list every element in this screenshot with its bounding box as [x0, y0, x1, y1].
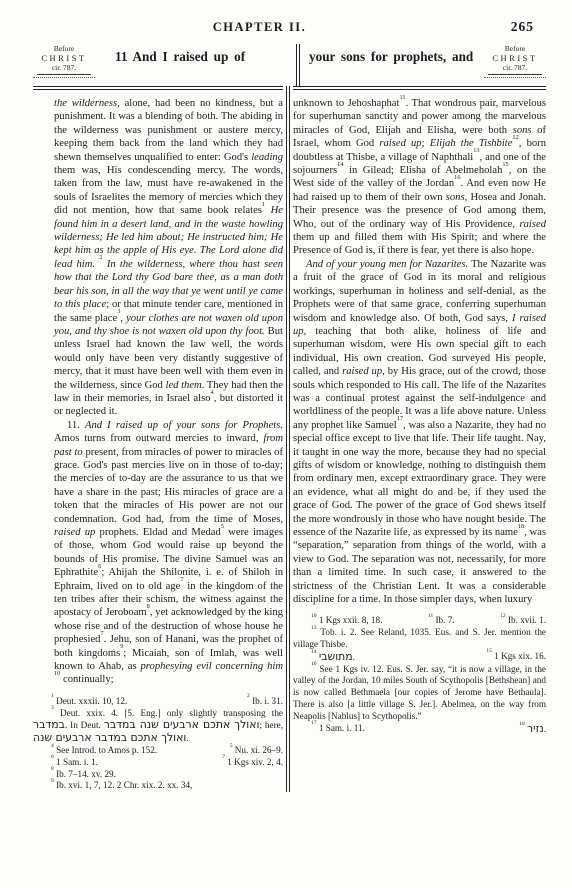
footnote-row: 9 Ib. xvi. 1, 7, 12. 2 Chr. xix. 2. xx. … [33, 780, 283, 792]
footnote-row: 14 מתושבי.15 1 Kgs xix. 16. [293, 651, 546, 664]
footnote: 18 נזיר. [519, 723, 546, 736]
verse-text-left: 11 And I raised up of [95, 44, 296, 86]
footnote-row: 17 1 Sam. i. 11.18 נזיר. [293, 723, 546, 736]
chapter-heading: CHAPTER II. [33, 20, 486, 35]
footnote: 10 1 Kgs xxii. 8, 18. [293, 615, 382, 627]
footnote: 6 1 Sam. i. 1. [33, 757, 98, 769]
column-right: unknown to Jehoshaphat11. That wondrous … [293, 86, 546, 792]
column-left: the wilderness, alone, had been no kindn… [33, 86, 283, 792]
margin-rule-solid [488, 74, 542, 75]
margin-rule-dotted [484, 77, 546, 78]
footnote: 5 Nu. xi. 26–9. [230, 745, 283, 757]
footnote: 8 Ib. 7–14. xv. 29. [51, 769, 116, 779]
paragraph: unknown to Jehoshaphat11. That wondrous … [293, 97, 546, 258]
footnote: 14 מתושבי. [293, 651, 355, 664]
margin-chronology-right: Before CHRIST cir. 787. [484, 44, 546, 86]
column-divider-rule [286, 86, 290, 792]
footnote-row: 8 Ib. 7–14. xv. 29. [33, 769, 283, 781]
footnote: 16 See 1 Kgs iv. 12. Eus. S. Jer. say, “… [293, 664, 546, 721]
margin-circa-label: cir. 787. [33, 63, 95, 72]
footnote-row: 13 Tob. i. 2. See Reland, 1035. Eus. and… [293, 627, 546, 651]
margin-rule-solid [37, 74, 91, 75]
page-number: 265 [511, 19, 534, 35]
verse-header-band: Before CHRIST cir. 787. 11 And I raised … [33, 44, 546, 86]
footnote-row: 1 Deut. xxxii. 10, 12.2 Ib. i. 31. [33, 696, 283, 708]
footnote: 3 Deut. xxix. 4. [5. Eng.] only slightly… [33, 708, 283, 744]
column-head-rule [33, 86, 283, 90]
margin-chronology-left: Before CHRIST cir. 787. [33, 44, 95, 86]
margin-christ-label: CHRIST [484, 54, 546, 64]
column-right-body: unknown to Jehoshaphat11. That wondrous … [293, 97, 546, 606]
footnote: 15 1 Kgs xix. 16. [486, 651, 546, 664]
margin-circa-label: cir. 787. [484, 63, 546, 72]
paragraph: the wilderness, alone, had been no kindn… [54, 97, 283, 419]
footnote: 17 1 Sam. i. 11. [293, 723, 365, 736]
footnote-row: 6 1 Sam. i. 1.7 1 Kgs xiv. 2, 4. [33, 757, 283, 769]
footnote: 9 Ib. xvi. 1, 7, 12. 2 Chr. xix. 2. xx. … [51, 780, 192, 790]
running-head: CHAPTER II. 265 [33, 20, 546, 44]
footnote: 11 Ib. 7. [428, 615, 455, 627]
footnote: 13 Tob. i. 2. See Reland, 1035. Eus. and… [293, 627, 546, 649]
footnote-row: 4 See Introd. to Amos p. 152.5 Nu. xi. 2… [33, 745, 283, 757]
footnote: 12 Ib. xvii. 1. [500, 615, 546, 627]
column-head-rule [293, 86, 546, 90]
footnote-row: 10 1 Kgs xxii. 8, 18.11 Ib. 7.12 Ib. xvi… [293, 615, 546, 627]
book-page: CHAPTER II. 265 Before CHRIST cir. 787. … [0, 0, 572, 888]
footnote-row: 16 See 1 Kgs iv. 12. Eus. S. Jer. say, “… [293, 664, 546, 723]
footnotes-right: 10 1 Kgs xxii. 8, 18.11 Ib. 7.12 Ib. xvi… [293, 615, 546, 735]
column-left-body: the wilderness, alone, had been no kindn… [54, 97, 283, 687]
verse-text-right: your sons for prophets, and [300, 44, 484, 86]
footnote: 1 Deut. xxxii. 10, 12. [33, 696, 127, 708]
footnote: 7 1 Kgs xiv. 2, 4. [222, 757, 283, 769]
text-columns: the wilderness, alone, had been no kindn… [33, 86, 546, 792]
footnote-row: 3 Deut. xxix. 4. [5. Eng.] only slightly… [33, 708, 283, 745]
footnotes-left: 1 Deut. xxxii. 10, 12.2 Ib. i. 31.3 Deut… [33, 696, 283, 792]
margin-christ-label: CHRIST [33, 54, 95, 64]
footnote: 2 Ib. i. 31. [247, 696, 283, 708]
paragraph: And of your young men for Nazarites. The… [293, 258, 546, 607]
margin-rule-dotted [33, 77, 95, 78]
paragraph: 11. And I raised up of your sons for Pro… [54, 419, 283, 687]
